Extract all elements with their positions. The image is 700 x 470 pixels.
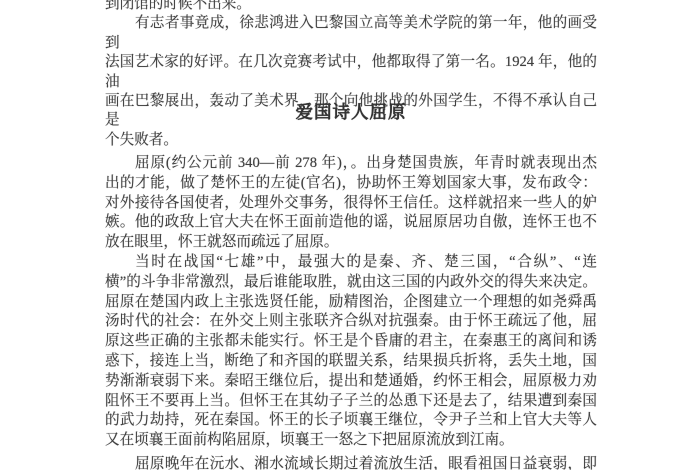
text-line: 屈原(约公元前 340—前 278 年)，。出身楚国贵族，年青时就表现出杰 <box>105 154 597 174</box>
text-line: 嫉。他的政敌上官大夫在怀王面前造他的谣，说屈原居功自傲，连怀王也不 <box>105 213 597 233</box>
text-line: 对外接待各国使者，处理外交事务，很得怀王信任。这样就招来一些人的妒 <box>105 194 597 214</box>
text-line: 横”的斗争非常激烈，最后谁能取胜，就由这三国的内政外交的得失来决定。 <box>105 273 597 293</box>
text-line: 出的才能，做了楚怀王的左徒(官名)，协助怀王筹划国家大事，发布政令： <box>105 174 597 194</box>
text-line: 的武力劫持，死在秦国。怀王的长子顷襄王继位，令尹子兰和上官大夫等人 <box>105 411 597 431</box>
intro-paragraphs: 到闭馆的时候不出来。 有志者事竟成，徐悲鸿进入巴黎国立高等美术学院的第一年，他的… <box>105 0 597 150</box>
text-line: 惑下，接连上当，断绝了和齐国的联盟关系，结果损兵折将，丢失土地，国 <box>105 352 597 372</box>
text-line: 到闭馆的时候不出来。 <box>105 0 597 14</box>
article-title: 爱国诗人屈原 <box>105 99 597 124</box>
text-line: 有志者事竟成，徐悲鸿进入巴黎国立高等美术学院的第一年，他的画受到 <box>105 14 597 53</box>
text-line: 屈原在楚国内政上主张选贤任能，励精图治，企图建立一个理想的如尧舜禹 <box>105 293 597 313</box>
document-page: 到闭馆的时候不出来。 有志者事竟成，徐悲鸿进入巴黎国立高等美术学院的第一年，他的… <box>0 0 700 470</box>
text-line: 又在顷襄王面前构陷屈原，顷襄王一怒之下把屈原流放到江南。 <box>105 431 597 451</box>
article-body: 屈原(约公元前 340—前 278 年)，。出身楚国贵族，年青时就表现出杰 出的… <box>105 154 597 470</box>
text-line: 势渐渐衰弱下来。秦昭王继位后，提出和楚通婚，约怀王相会，屈原极力劝 <box>105 372 597 392</box>
text-line: 原这些正确的主张都未能实行。怀王是个昏庸的君主，在秦惠王的离间和诱 <box>105 332 597 352</box>
text-line: 当时在战国“七雄”中，最强大的是秦、齐、楚三国，“合纵”、“连 <box>105 253 597 273</box>
text-line: 汤时代的社会：在外交上则主张联齐合纵对抗强秦。由于怀王疏远了他，屈 <box>105 312 597 332</box>
text-line: 阻怀王不要再上当。但怀王在其幼子子兰的怂恿下还是去了，结果遭到秦国 <box>105 392 597 412</box>
text-line: 屈原晚年在沅水、湘水流域长期过着流放生活，眼看祖国日益衰弱，即 <box>105 455 597 470</box>
text-line: 放在眼里，怀王就怒而疏远了屈原。 <box>105 233 597 253</box>
text-line: 个失败者。 <box>105 131 597 150</box>
text-line: 法国艺术家的好评。在几次竞赛考试中，他都取得了第一名。1924 年，他的油 <box>105 53 597 92</box>
